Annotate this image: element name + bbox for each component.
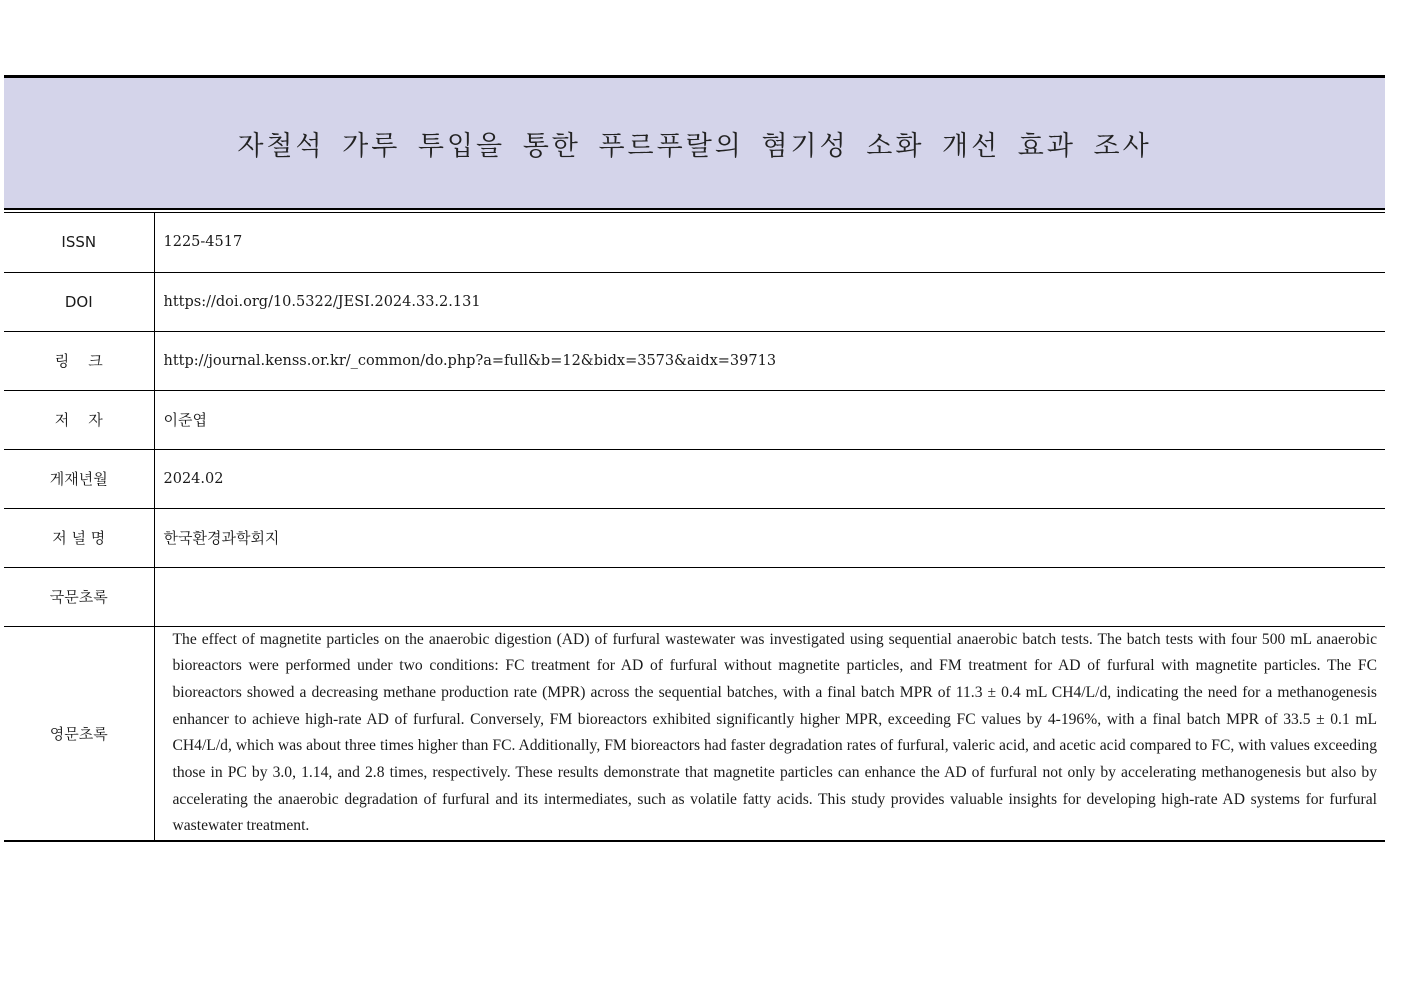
author-label: 저 자 — [4, 390, 154, 449]
row-link: 링 크 http://journal.kenss.or.kr/_common/d… — [4, 331, 1385, 390]
doi-label: DOI — [4, 272, 154, 331]
link-value[interactable]: http://journal.kenss.or.kr/_common/do.ph… — [154, 331, 1385, 390]
document-sheet: 자철석 가루 투입을 통한 푸르푸랄의 혐기성 소화 개선 효과 조사 ISSN… — [4, 75, 1385, 842]
row-doi: DOI https://doi.org/10.5322/JESI.2024.33… — [4, 272, 1385, 331]
doi-value[interactable]: https://doi.org/10.5322/JESI.2024.33.2.1… — [154, 272, 1385, 331]
korean-abstract-value — [154, 567, 1385, 626]
row-journal-name: 저 널 명 한국환경과학회지 — [4, 508, 1385, 567]
journal-name-label: 저 널 명 — [4, 508, 154, 567]
issn-value: 1225-4517 — [154, 213, 1385, 272]
publication-date-label: 게재년월 — [4, 449, 154, 508]
row-korean-abstract: 국문초록 — [4, 567, 1385, 626]
metadata-table: ISSN 1225-4517 DOI https://doi.org/10.53… — [4, 213, 1385, 842]
row-publication-date: 게재년월 2024.02 — [4, 449, 1385, 508]
title-banner: 자철석 가루 투입을 통한 푸르푸랄의 혐기성 소화 개선 효과 조사 — [4, 75, 1385, 208]
journal-name-value: 한국환경과학회지 — [154, 508, 1385, 567]
english-abstract-cell: The effect of magnetite particles on the… — [154, 626, 1385, 841]
document-title: 자철석 가루 투입을 통한 푸르푸랄의 혐기성 소화 개선 효과 조사 — [237, 124, 1151, 163]
issn-label: ISSN — [4, 213, 154, 272]
row-author: 저 자 이준엽 — [4, 390, 1385, 449]
link-label: 링 크 — [4, 331, 154, 390]
publication-date-value: 2024.02 — [154, 449, 1385, 508]
row-english-abstract: 영문초록 The effect of magnetite particles o… — [4, 626, 1385, 841]
english-abstract-text: The effect of magnetite particles on the… — [164, 627, 1386, 841]
row-issn: ISSN 1225-4517 — [4, 213, 1385, 272]
english-abstract-label: 영문초록 — [4, 626, 154, 841]
author-value: 이준엽 — [154, 390, 1385, 449]
korean-abstract-label: 국문초록 — [4, 567, 154, 626]
